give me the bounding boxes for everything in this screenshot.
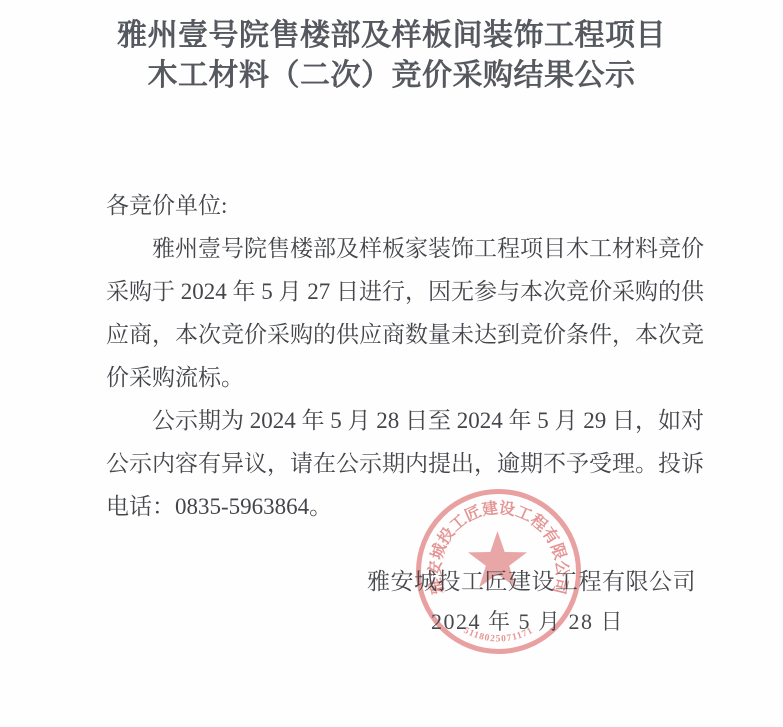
body-line: 公示内容有异议，请在公示期内提出，逾期不予受理。投诉	[106, 442, 678, 485]
body-line: 应商，本次竞价采购的供应商数量未达到竞价条件，本次竞	[106, 313, 678, 356]
document-body: 各竞价单位: 雅州壹号院售楼部及样板家装饰工程项目木工材料竞价 采购于 2024…	[106, 184, 678, 528]
title-line-2: 木工材料（二次）竞价采购结果公示	[0, 56, 783, 96]
body-line: 采购于 2024 年 5 月 27 日进行，因无参与本次竞价采购的供	[106, 270, 678, 313]
body-line: 雅州壹号院售楼部及样板家装饰工程项目木工材料竞价	[106, 227, 678, 270]
signature-company-name: 雅安城投工匠建设工程有限公司	[367, 563, 696, 596]
announcement-document: 雅州壹号院售楼部及样板间装饰工程项目 木工材料（二次）竞价采购结果公示 各竞价单…	[0, 0, 783, 727]
signature-date: 2024 年 5 月 28 日	[431, 605, 624, 636]
salutation-line: 各竞价单位:	[106, 184, 678, 227]
page-title: 雅州壹号院售楼部及样板间装饰工程项目 木工材料（二次）竞价采购结果公示	[0, 16, 783, 96]
title-line-1: 雅州壹号院售楼部及样板间装饰工程项目	[0, 16, 783, 56]
body-line: 价采购流标。	[106, 356, 678, 399]
body-line: 公示期为 2024 年 5 月 28 日至 2024 年 5 月 29 日，如对	[106, 399, 678, 442]
